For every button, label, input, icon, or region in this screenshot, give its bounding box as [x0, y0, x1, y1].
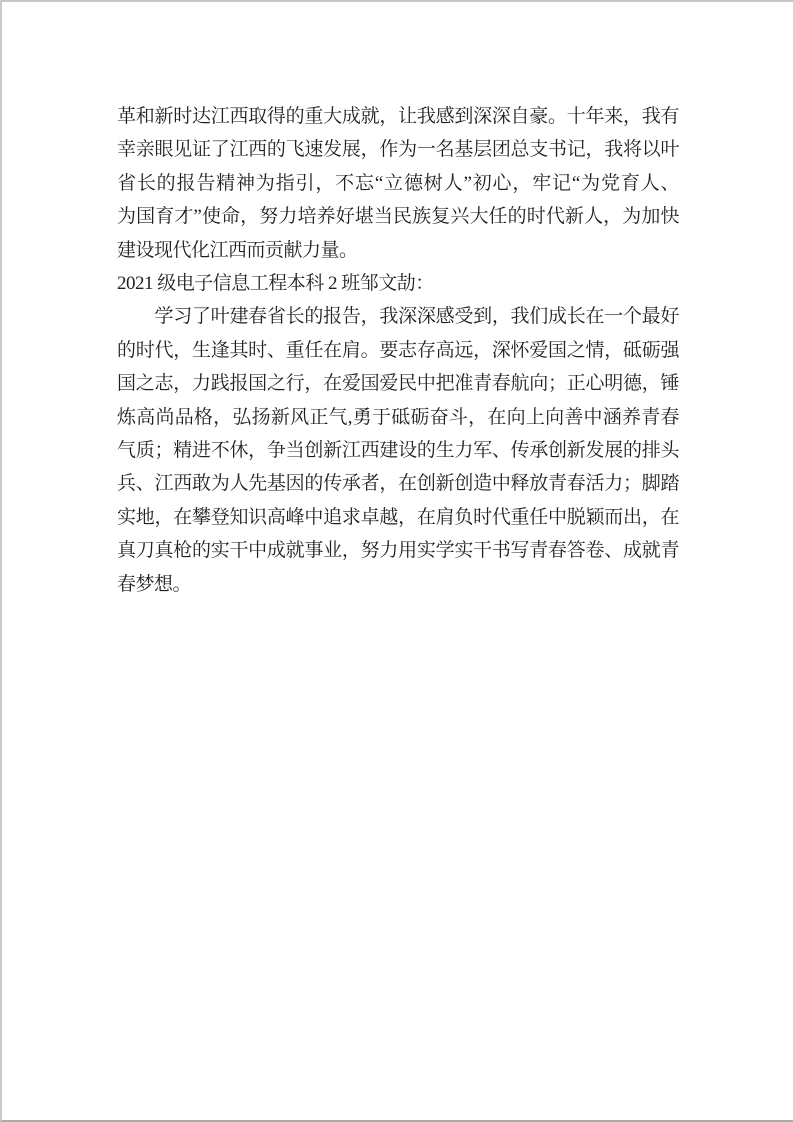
document-line: 省长的报告精神为指引，不忘“立德树人”初心，牢记“为党育人、: [117, 167, 679, 200]
document-line-student-heading: 2021 级电子信息工程本科 2 班邹文劼：: [117, 267, 679, 300]
document-line-paragraph-start: 学习了叶建春省长的报告，我深深感受到，我们成长在一个最好: [117, 300, 679, 333]
document-line-paragraph-end: 建设现代化江西而贡献力量。: [117, 234, 679, 267]
document-line: 的时代，生逢其时、重任在肩。要志存高远，深怀爱国之情，砥砺强: [117, 334, 679, 367]
document-line: 国之志，力践报国之行，在爱国爱民中把准青春航向；正心明德，锤: [117, 367, 679, 400]
document-line: 革和新时达江西取得的重大成就，让我感到深深自豪。十年来，我有: [117, 100, 679, 133]
document-line: 实地，在攀登知识高峰中追求卓越，在肩负时代重任中脱颖而出，在: [117, 501, 679, 534]
document-line: 气质；精进不休，争当创新江西建设的生力军、传承创新发展的排头: [117, 434, 679, 467]
document-text-block: 革和新时达江西取得的重大成就，让我感到深深自豪。十年来，我有 幸亲眼见证了江西的…: [117, 100, 679, 601]
document-line: 为国育才”使命，努力培养好堪当民族复兴大任的时代新人，为加快: [117, 200, 679, 233]
document-line-paragraph-end: 春梦想。: [117, 568, 679, 601]
screenshot-root: { "colors": { "page_background": "#fffff…: [0, 0, 793, 1122]
document-line: 炼高尚品格，弘扬新风正气,勇于砥砺奋斗，在向上向善中涵养青春: [117, 401, 679, 434]
document-line: 幸亲眼见证了江西的飞速发展，作为一名基层团总支书记，我将以叶: [117, 133, 679, 166]
document-page: 革和新时达江西取得的重大成就，让我感到深深自豪。十年来，我有 幸亲眼见证了江西的…: [0, 0, 793, 1122]
document-line: 真刀真枪的实干中成就事业，努力用实学实干书写青春答卷、成就青: [117, 534, 679, 567]
document-line: 兵、江西敢为人先基因的传承者，在创新创造中释放青春活力；脚踏: [117, 467, 679, 500]
